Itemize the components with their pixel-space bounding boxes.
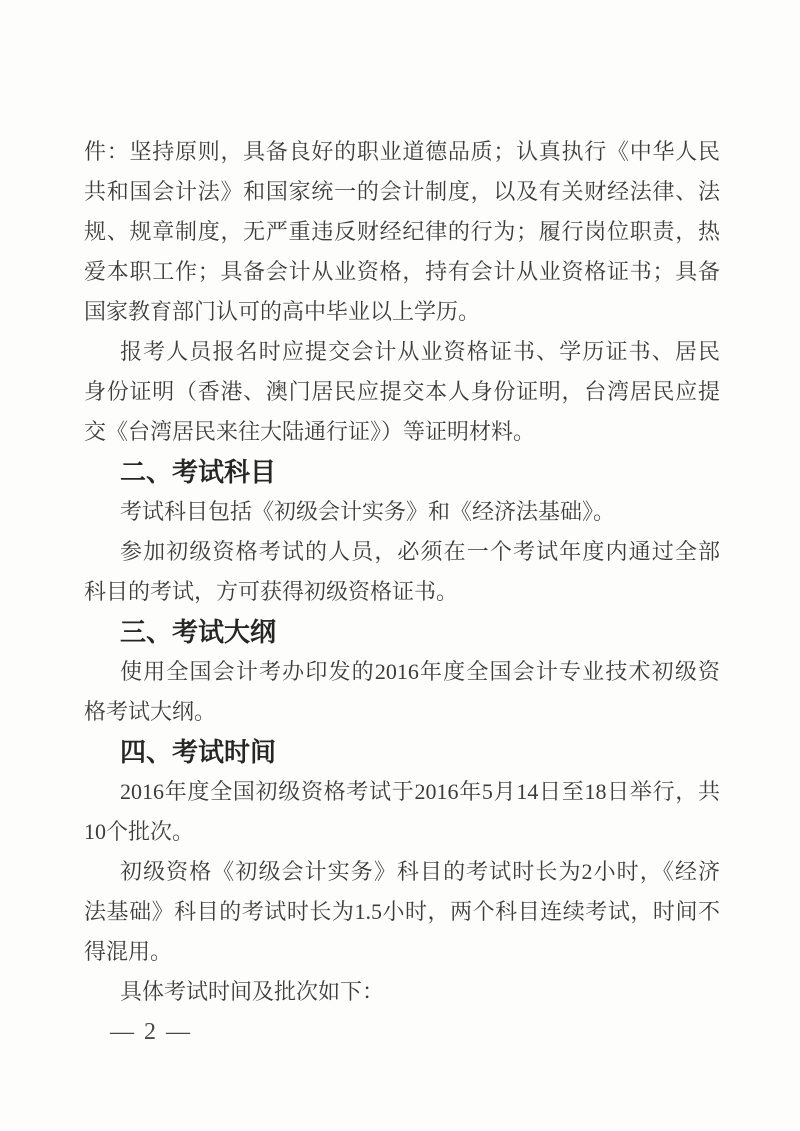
- text-line: 初级资格《初级会计实务》科目的考试时长为2小时，《经济: [84, 852, 720, 892]
- text-line: 格考试大纲。: [84, 692, 720, 732]
- text-line: 得混用。: [84, 932, 720, 972]
- text-line: 国家教育部门认可的高中毕业以上学历。: [84, 292, 720, 332]
- text-line: 件：坚持原则，具备良好的职业道德品质；认真执行《中华人民: [84, 132, 720, 172]
- text-line: 2016年度全国初级资格考试于2016年5月14日至18日举行，共: [84, 772, 720, 812]
- text-line: 参加初级资格考试的人员，必须在一个考试年度内通过全部: [84, 532, 720, 572]
- text-line: 科目的考试，方可获得初级资格证书。: [84, 572, 720, 612]
- text-line: 爱本职工作；具备会计从业资格，持有会计从业资格证书；具备: [84, 252, 720, 292]
- text-line: 10个批次。: [84, 812, 720, 852]
- text-line: 规、规章制度，无严重违反财经纪律的行为；履行岗位职责，热: [84, 212, 720, 252]
- text-line: 交《台湾居民来往大陆通行证》）等证明材料。: [84, 412, 720, 452]
- text-line: 法基础》科目的考试时长为1.5小时，两个科目连续考试，时间不: [84, 892, 720, 932]
- section-heading: 四、考试时间: [84, 732, 720, 772]
- text-line: 身份证明（香港、澳门居民应提交本人身份证明，台湾居民应提: [84, 372, 720, 412]
- document-content: 件：坚持原则，具备良好的职业道德品质；认真执行《中华人民共和国会计法》和国家统一…: [84, 132, 720, 1012]
- text-line: 具体考试时间及批次如下：: [84, 972, 720, 1012]
- text-line: 使用全国会计考办印发的2016年度全国会计专业技术初级资: [84, 652, 720, 692]
- text-line: 共和国会计法》和国家统一的会计制度，以及有关财经法律、法: [84, 172, 720, 212]
- text-line: 考试科目包括《初级会计实务》和《经济法基础》。: [84, 492, 720, 532]
- page-number: — 2 —: [110, 1012, 192, 1052]
- text-line: 报考人员报名时应提交会计从业资格证书、学历证书、居民: [84, 332, 720, 372]
- section-heading: 三、考试大纲: [84, 612, 720, 652]
- section-heading: 二、考试科目: [84, 452, 720, 492]
- document-page: 件：坚持原则，具备良好的职业道德品质；认真执行《中华人民共和国会计法》和国家统一…: [0, 0, 800, 1131]
